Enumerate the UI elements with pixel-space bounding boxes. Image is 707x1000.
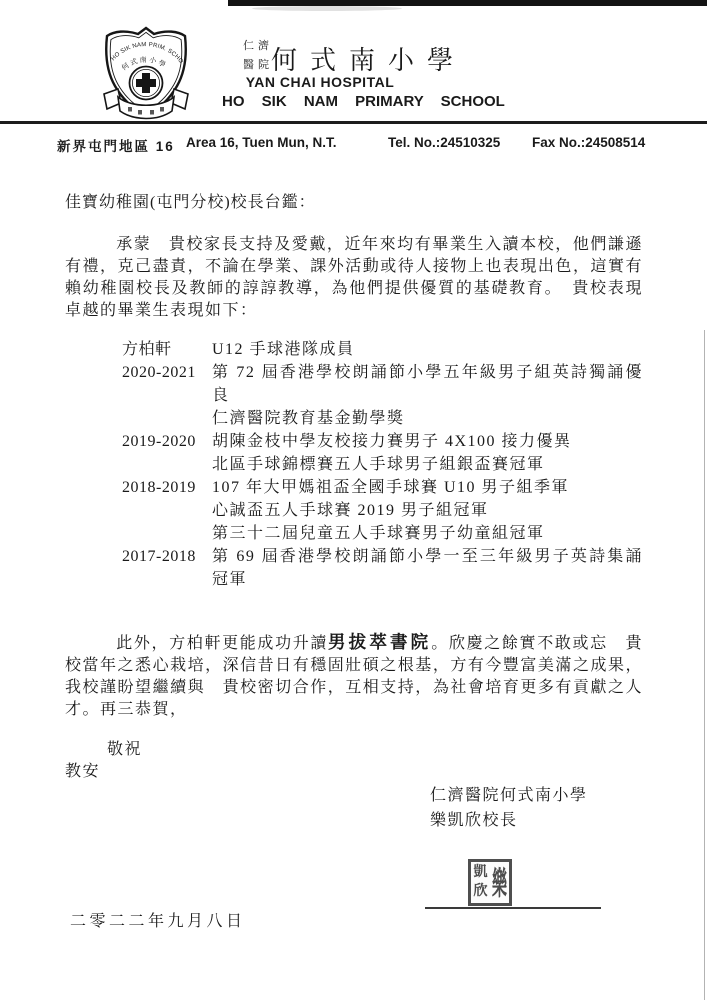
achievement-list: 方柏軒 U12 手球港隊成員 2020-2021 第 72 屆香港學校朗誦節小學… <box>122 338 643 591</box>
seal-char-top-left: 凱 <box>471 864 490 882</box>
signature-principal: 樂凱欣校長 <box>430 808 588 833</box>
achievement-items: 胡陳金枝中學友校接力賽男子 4X100 接力優異 北區手球錦標賽五人手球男子組銀… <box>212 430 643 476</box>
seal-char-bottom-left: 欣 <box>471 883 490 901</box>
achievement-year: 方柏軒 <box>122 338 212 361</box>
signature-line <box>425 907 601 909</box>
achievement-item: 第 72 屆香港學校朗誦節小學五年級男子組英詩獨誦優良 <box>212 361 643 407</box>
principal-seal: 凱 欣 樂 <box>468 859 512 906</box>
letter-page: HO SIK NAM PRIM. SCHOOL 何式南小學 仁濟 醫院 何式南小… <box>0 0 707 1000</box>
seal-left-column: 凱 欣 <box>471 862 490 903</box>
paragraph-1: 承蒙 貴校家長支持及愛戴，近年來均有畢業生入讀本校，他們謙遜有禮，克己盡責，不論… <box>65 234 643 322</box>
achievement-items: 107 年大甲媽祖盃全國手球賽 U10 男子組季軍 心誠盃五人手球賽 2019 … <box>212 476 643 545</box>
signature-block: 仁濟醫院何式南小學 樂凱欣校長 <box>430 783 588 833</box>
achievement-row: 2018-2019 107 年大甲媽祖盃全國手球賽 U10 男子組季軍 心誠盃五… <box>122 476 643 545</box>
seal-char-right: 樂 <box>492 862 507 903</box>
contact-bar: 新界屯門地區 16 Area 16, Tuen Mun, N.T. Tel. N… <box>0 135 707 153</box>
achievement-item: U12 手球港隊成員 <box>212 338 643 361</box>
achievement-year: 2018-2019 <box>122 476 212 545</box>
school-name-zh: 何式南小學 <box>271 40 466 77</box>
achievement-item: 107 年大甲媽祖盃全國手球賽 U10 男子組季軍 <box>212 476 643 499</box>
hospital-name-zh-line1: 仁濟 <box>243 37 273 56</box>
signature-school: 仁濟醫院何式南小學 <box>430 783 588 808</box>
paragraph-2-pre: 此外，方柏軒更能成功升讀 <box>116 635 328 652</box>
achievement-year: 2019-2020 <box>122 430 212 476</box>
salutation: 佳寶幼稚園(屯門分校)校長台鑑： <box>65 192 643 214</box>
achievement-items: 第 72 屆香港學校朗誦節小學五年級男子組英詩獨誦優良 仁濟醫院教育基金勤學獎 <box>212 361 643 430</box>
achievement-item: 心誠盃五人手球賽 2019 男子組冠軍 <box>212 499 643 522</box>
achievement-row: 2020-2021 第 72 屆香港學校朗誦節小學五年級男子組英詩獨誦優良 仁濟… <box>122 361 643 430</box>
achievement-items: 第 69 屆香港學校朗誦節小學一至三年級男子英詩集誦冠軍 <box>212 545 643 591</box>
achievement-row: 2017-2018 第 69 屆香港學校朗誦節小學一至三年級男子英詩集誦冠軍 <box>122 545 643 591</box>
closing-salute: 教安 <box>65 761 643 783</box>
secondary-school-bold-name: 男拔萃書院 <box>328 632 431 652</box>
school-name-en: HO SIK NAM PRIMARY SCHOOL <box>222 93 505 110</box>
header-rule <box>0 121 707 124</box>
seal-right-column: 樂 <box>490 862 509 903</box>
hospital-name-zh-line2: 醫院 <box>243 56 273 75</box>
letter-date: 二零二二年九月八日 <box>70 908 246 931</box>
fax-number: Fax No.:24508514 <box>532 135 645 150</box>
achievement-row: 方柏軒 U12 手球港隊成員 <box>122 338 643 361</box>
hospital-name-en: YAN CHAI HOSPITAL <box>220 74 420 90</box>
crest-cross-icon <box>136 73 156 93</box>
achievement-row: 2019-2020 胡陳金枝中學友校接力賽男子 4X100 接力優異 北區手球錦… <box>122 430 643 476</box>
achievement-item: 第三十二屆兒童五人手球賽男子幼童組冠軍 <box>212 522 643 545</box>
paragraph-2: 此外，方柏軒更能成功升讀男拔萃書院。欣慶之餘實不敢或忘 貴校當年之悉心栽培，深信… <box>65 631 643 721</box>
achievement-year: 2017-2018 <box>122 545 212 591</box>
achievement-items: U12 手球港隊成員 <box>212 338 643 361</box>
hospital-name-zh: 仁濟 醫院 <box>243 37 273 75</box>
achievement-item: 北區手球錦標賽五人手球男子組銀盃賽冠軍 <box>212 453 643 476</box>
achievement-item: 第 69 屆香港學校朗誦節小學一至三年級男子英詩集誦冠軍 <box>212 545 643 591</box>
scan-artifact-smudge <box>252 6 402 11</box>
achievement-year: 2020-2021 <box>122 361 212 430</box>
letter-body: 佳寶幼稚園(屯門分校)校長台鑑： 承蒙 貴校家長支持及愛戴，近年來均有畢業生入讀… <box>65 192 643 783</box>
tel-number: Tel. No.:24510325 <box>388 135 500 150</box>
address-zh: 新界屯門地區 16 <box>57 135 175 155</box>
scan-artifact-top <box>228 0 707 6</box>
school-crest: HO SIK NAM PRIM. SCHOOL 何式南小學 <box>96 26 196 124</box>
address-en: Area 16, Tuen Mun, N.T. <box>186 135 337 150</box>
achievement-item: 仁濟醫院教育基金勤學獎 <box>212 407 643 430</box>
scan-artifact-right-edge <box>704 330 705 1000</box>
closing-wish: 敬祝 <box>107 739 643 761</box>
achievement-item: 胡陳金枝中學友校接力賽男子 4X100 接力優異 <box>212 430 643 453</box>
crest-ribbon <box>104 89 188 119</box>
